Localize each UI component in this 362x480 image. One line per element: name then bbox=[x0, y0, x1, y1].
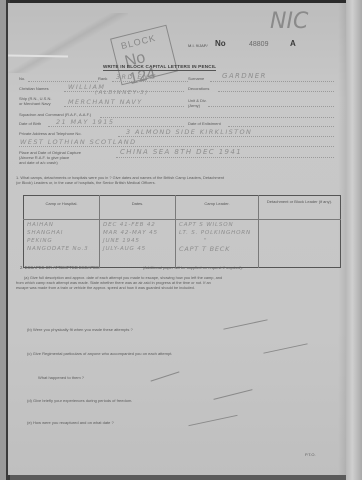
q2-note: (Additional paper will be supplied on re… bbox=[143, 266, 243, 270]
address-value: 3 ALMOND SIDE KIRKLISTON bbox=[126, 129, 252, 136]
form-number: 48809 bbox=[249, 41, 268, 48]
col-camp: Camp or Hospital. bbox=[24, 196, 100, 220]
camp-cell: PEKING bbox=[24, 237, 99, 245]
ship-rule bbox=[64, 106, 184, 107]
q2-a-line-3: escape was made from a train or vehicle … bbox=[16, 286, 195, 290]
q2-c: (c) Give Regimental particulars of anyon… bbox=[27, 352, 172, 356]
christian-names-label: Christian Names bbox=[19, 87, 49, 91]
leader-column: CAPT S WILSON LT. S. POLKINGHORN " CAPT … bbox=[176, 220, 259, 268]
enlistment-rule bbox=[228, 126, 334, 127]
camp-column: HAIHAN SHANGHAI PEKING NANGODATE No.3 bbox=[24, 220, 100, 268]
no-rule bbox=[28, 81, 98, 82]
leader-cell: LT. S. POLKINGHORN bbox=[176, 229, 258, 237]
scan-edge-right bbox=[346, 0, 362, 480]
address-rule bbox=[118, 136, 334, 137]
christian-names-rule bbox=[64, 91, 184, 92]
dates-cell: JULY-AUG 45 bbox=[100, 245, 175, 253]
capture-value: CHINA SEA 8TH DEC 1941 bbox=[120, 149, 242, 156]
leader-cell: CAPT T BECK bbox=[176, 245, 258, 253]
address-rule-2 bbox=[19, 146, 334, 147]
decorations-rule bbox=[218, 91, 334, 92]
pencil-dash bbox=[263, 343, 307, 353]
camp-cell: HAIHAN bbox=[24, 221, 99, 229]
q1-text-2: (or Block) Leaders or, in the case of ho… bbox=[16, 181, 156, 185]
q2-heading: 2. ESCAPES OR ATTEMPTED ESCAPES. bbox=[20, 266, 100, 270]
pencil-dash bbox=[151, 371, 180, 381]
pencil-dash bbox=[223, 319, 267, 329]
q2-d: (d) Give briefly your experiences during… bbox=[27, 399, 132, 403]
camps-table-header: Camp or Hospital. Dates. Camp Leader. De… bbox=[24, 196, 341, 220]
dob-label: Date of Birth bbox=[19, 122, 41, 126]
camp-cell: SHANGHAI bbox=[24, 229, 99, 237]
form-page: NIC BLOCK No 124 M.I. 9/JAP/ No 48809 A … bbox=[8, 3, 346, 475]
form-no-label: No bbox=[215, 40, 226, 48]
surname-value: GARDNER bbox=[222, 73, 267, 80]
col-block-leader: Detachment or Block Leader (if any). bbox=[259, 196, 341, 220]
enlistment-label: Date of Enlistment bbox=[188, 122, 221, 126]
unit-rule bbox=[208, 106, 334, 107]
dates-cell: MAR 42-MAY 45 bbox=[100, 229, 175, 237]
annotation-nic: NIC bbox=[270, 9, 308, 34]
ship-label-2: or Merchant Navy bbox=[19, 102, 51, 106]
surname-rule bbox=[210, 81, 334, 82]
camp-cell: NANGODATE No.3 bbox=[24, 245, 99, 253]
pto-label: P.T.O. bbox=[305, 453, 316, 457]
q2-b: (b) Were you physically fit when you mad… bbox=[27, 328, 133, 332]
capture-label-3: and date of a/c crash) bbox=[19, 161, 58, 165]
form-ref-label: M.I. 9/JAP/ bbox=[188, 44, 208, 48]
col-camp-leader: Camp Leader. bbox=[176, 196, 259, 220]
unit-label-2: (Army) bbox=[188, 104, 200, 108]
dates-column: DEC 41-FEB 42 MAR 42-MAY 45 JUNE 1945 JU… bbox=[100, 220, 176, 268]
dob-rule bbox=[48, 126, 184, 127]
dates-cell: DEC 41-FEB 42 bbox=[100, 221, 175, 229]
q2-c2: What happened to them ? bbox=[38, 376, 84, 380]
rank-rule bbox=[112, 81, 188, 82]
ship-value: MERCHANT NAVY bbox=[68, 99, 143, 106]
camps-table-body: HAIHAN SHANGHAI PEKING NANGODATE No.3 DE… bbox=[24, 220, 341, 268]
rank-value: 3RD ENG bbox=[116, 74, 156, 81]
rank-label: Rank bbox=[98, 77, 107, 81]
pencil-dash bbox=[213, 389, 252, 400]
squadron-label: Squadron and Command (R.A.F., A.A.F.) bbox=[19, 113, 91, 117]
q2-e: (e) How were you recaptured and on what … bbox=[27, 421, 114, 425]
capture-rule bbox=[116, 157, 334, 158]
form-suffix: A bbox=[290, 40, 296, 48]
camps-table: Camp or Hospital. Dates. Camp Leader. De… bbox=[23, 195, 341, 268]
col-dates: Dates. bbox=[100, 196, 176, 220]
dob-value: 21 MAY 1915 bbox=[56, 119, 114, 126]
dates-cell: JUNE 1945 bbox=[100, 237, 175, 245]
leader-cell: CAPT S WILSON bbox=[176, 221, 258, 229]
address-label: Private Address and Telephone No. bbox=[19, 132, 82, 136]
squadron-rule bbox=[100, 117, 334, 118]
decorations-label: Decorations bbox=[188, 87, 209, 91]
pencil-dash bbox=[188, 415, 237, 426]
no-label: No. bbox=[19, 77, 25, 81]
leader-cell: " bbox=[176, 237, 258, 245]
block-column bbox=[259, 220, 341, 268]
address-value-2: WEST LOTHIAN SCOTLAND bbox=[20, 139, 136, 146]
surname-label: Surname bbox=[188, 77, 204, 81]
form-heading: WRITE IN BLOCK CAPITAL LETTERS IN PENCIL bbox=[103, 64, 216, 71]
